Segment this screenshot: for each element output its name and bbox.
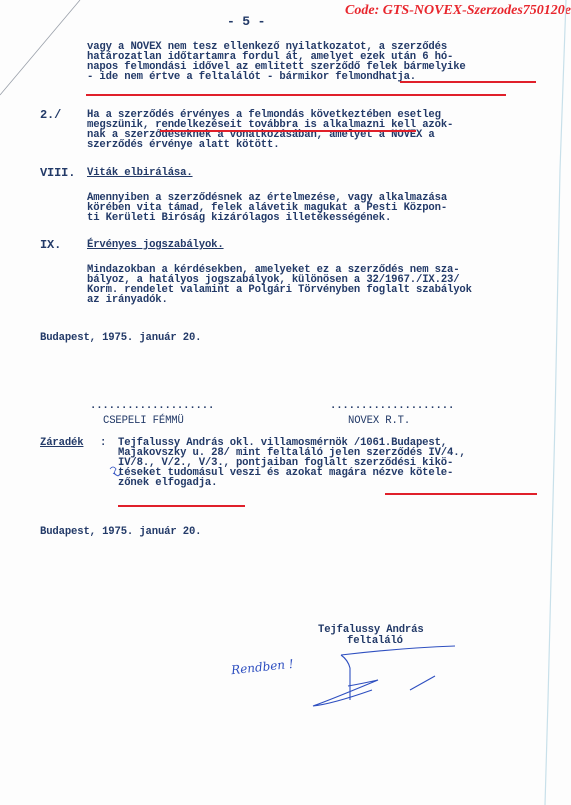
- clause-colon: :: [100, 438, 106, 449]
- signature-dots-right: ....................: [330, 401, 454, 412]
- section-number: VIII.: [40, 168, 75, 179]
- point-number: 2./: [40, 110, 61, 121]
- red-highlight-underline: [160, 130, 416, 132]
- section-title: Viták elbirálása.: [87, 168, 193, 179]
- text-line: - ide nem értve a feltalálót - bármikor …: [87, 72, 416, 83]
- signatory-name: Tejfalussy András: [318, 625, 424, 636]
- page-edge: [545, 0, 566, 805]
- text-line: szerződés érvénye alatt kötött.: [87, 140, 279, 151]
- date-line: Budapest, 1975. január 20.: [40, 527, 201, 538]
- signature-dots-left: ....................: [90, 401, 214, 412]
- clause-label: Záradék: [40, 438, 83, 449]
- signature-mark: [313, 646, 455, 706]
- red-highlight-underline: [86, 94, 506, 96]
- section-number: IX.: [40, 240, 61, 251]
- red-highlight-underline: [400, 81, 536, 83]
- page-number: - 5 -: [227, 17, 265, 28]
- red-highlight-underline: [385, 493, 537, 495]
- text-line: zőnek elfogadja.: [118, 478, 217, 489]
- fold-line: [0, 0, 80, 95]
- signatory-role: feltaláló: [347, 636, 403, 647]
- date-line: Budapest, 1975. január 20.: [40, 333, 201, 344]
- left-party-name: CSEPELI FÉMMÜ: [103, 416, 184, 427]
- text-line: ti Kerületi Biróság kizárólagos illetéke…: [87, 213, 391, 224]
- section-title: Érvényes jogszabályok.: [87, 240, 224, 251]
- right-party-name: NOVEX R.T.: [348, 416, 410, 427]
- red-highlight-underline: [118, 505, 245, 507]
- text-line: az irányadók.: [87, 295, 168, 306]
